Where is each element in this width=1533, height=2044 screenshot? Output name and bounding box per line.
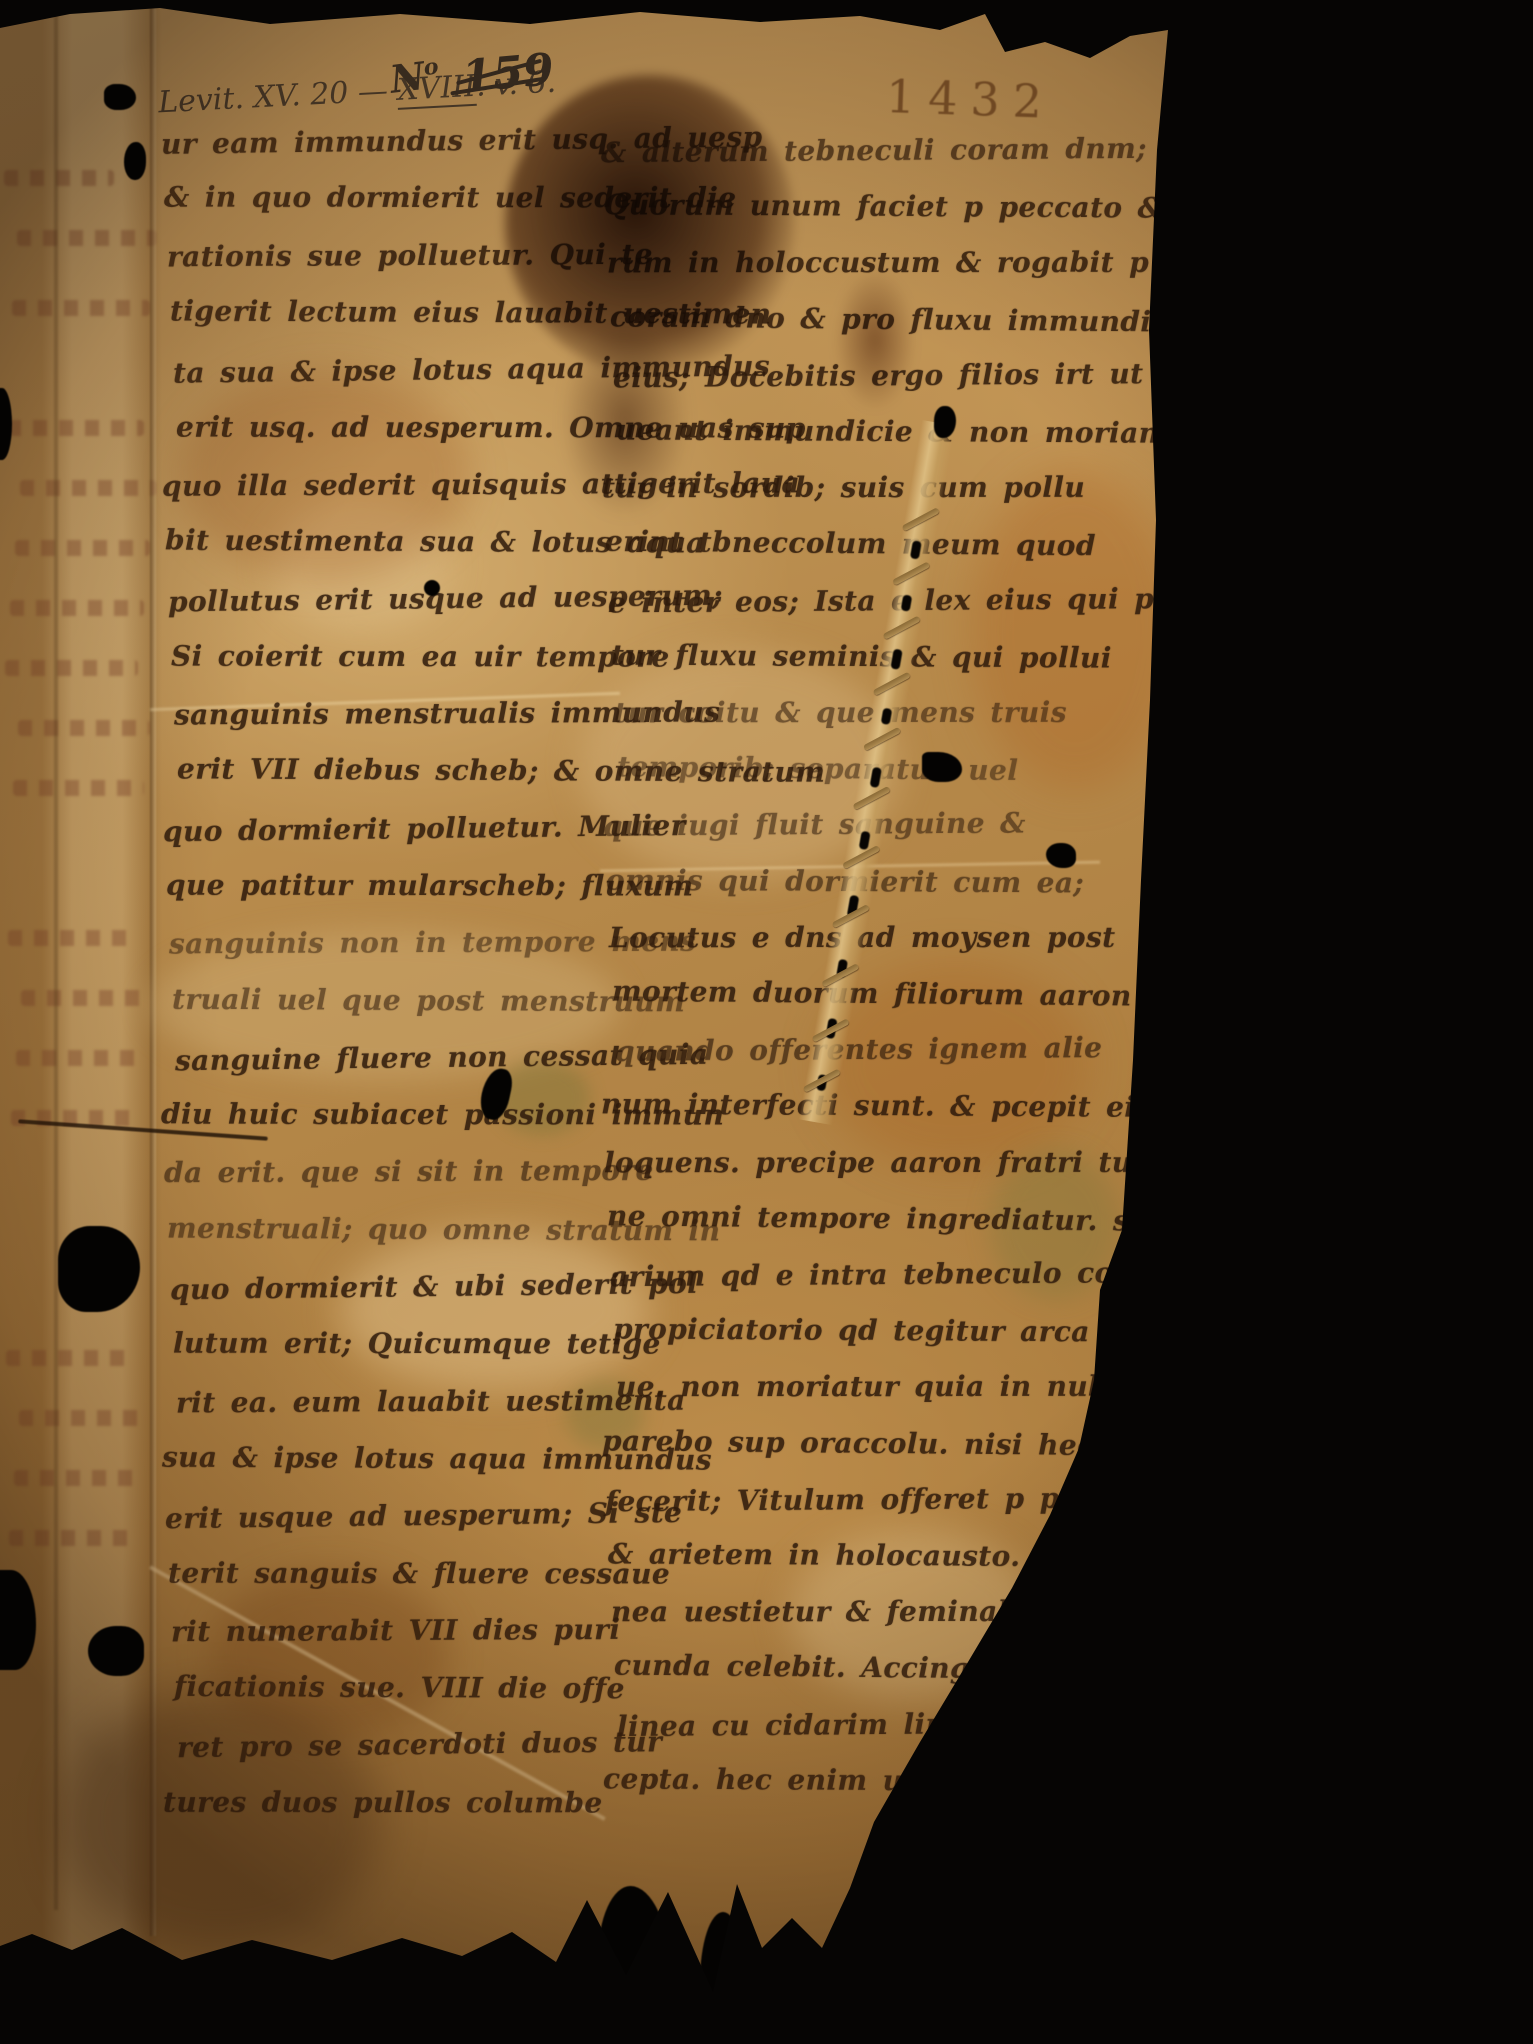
manuscript-line: num interfecti sunt. & pcepit ei xyxy=(601,1090,1136,1124)
edge-tear xyxy=(598,1886,670,2044)
struck-number: 159 xyxy=(460,48,555,100)
parchment-leaf: Levit. XV. 20 — XVIII. v. 6. No 159 1432… xyxy=(0,0,1533,2044)
manuscript-line: mortem duorum filiorum aaron xyxy=(612,977,1132,1013)
fold-line xyxy=(150,6,156,1936)
hole xyxy=(124,142,146,180)
catalog-letter: N xyxy=(387,53,427,102)
margin-text-remnant xyxy=(10,600,144,616)
margin-text-remnant xyxy=(6,1350,132,1366)
manuscript-line: linea cu cidarim lineam impone xyxy=(617,1708,1148,1743)
manuscript-line: ficationis sue. VIII die offe xyxy=(174,1672,625,1705)
manuscript-line: ueant immundicie & non morian xyxy=(616,415,1160,449)
margin-text-remnant xyxy=(8,930,138,946)
manuscript-line: tures duos pullos columbe xyxy=(163,1787,603,1819)
parchment-texture xyxy=(340,1230,650,1390)
manuscript-line: parebo sup oraccolu. nisi hec ante xyxy=(602,1426,1181,1462)
manuscript-line: & arietem in holocausto. tonica li xyxy=(608,1539,1173,1573)
repair-thread xyxy=(873,672,911,696)
catalog-no-annotation: No xyxy=(388,55,442,99)
seam-slit xyxy=(890,649,902,670)
margin-text-remnant xyxy=(16,1050,144,1066)
manuscript-line: quando offerentes ignem alie xyxy=(615,1033,1103,1068)
margin-text-remnant xyxy=(5,660,138,676)
manuscript-line: erint tbneccolum meum quod xyxy=(605,527,1096,563)
manuscript-line: nea uestietur & feminale lib; uere xyxy=(611,1597,1182,1628)
manuscript-line: Si coierit cum ea uir tempore xyxy=(171,641,670,673)
fold-line xyxy=(54,10,58,1910)
manuscript-line: que iugi fluit sanguine & xyxy=(603,809,1026,843)
repair-thread xyxy=(883,616,921,640)
manuscript-line: ret pro se sacerdoti duos tur xyxy=(177,1727,663,1764)
repair-thread xyxy=(892,561,930,585)
hole xyxy=(88,1626,144,1676)
hole xyxy=(104,84,136,110)
manuscript-line: arium qd e intra tebneculo coram xyxy=(610,1258,1178,1293)
margin-text-remnant xyxy=(13,780,144,796)
hole xyxy=(424,580,440,596)
manuscript-line: tur fluxu seminis & qui pollui xyxy=(611,640,1112,674)
seam-slit xyxy=(859,831,871,850)
hole xyxy=(1046,843,1076,868)
margin-text-remnant xyxy=(7,420,144,436)
manuscript-line: rit numerabit VII dies puri xyxy=(171,1615,621,1648)
margin-text-remnant xyxy=(19,1410,144,1426)
repair-thread xyxy=(863,727,901,751)
manuscript-line: loquens. precipe aaron fratri tuo xyxy=(604,1147,1152,1178)
manuscript-line: propiciatorio qd tegitur arca am xyxy=(613,1315,1154,1349)
manuscript-line: ne omni tempore ingrediatur. scu xyxy=(607,1201,1168,1237)
manuscript-line: tur coitu & que mens truis xyxy=(614,698,1067,729)
margin-text-remnant xyxy=(12,300,150,316)
manuscript-line: lutum erit; Quicumque tetige xyxy=(173,1329,661,1361)
burn-stain-spot xyxy=(835,270,915,410)
catalog-superscript: o xyxy=(422,53,440,81)
manuscript-line: terit sanguis & fluere cessaue xyxy=(168,1558,670,1590)
manuscript-line: rit ea. eum lauabit uestimenta xyxy=(176,1385,686,1418)
margin-text-remnant xyxy=(9,1530,132,1546)
reference-prefix: Levit. XV. 20 — xyxy=(157,73,398,120)
margin-text-remnant xyxy=(20,480,156,496)
manuscript-line: cepta. hec enim uestimenta sancta xyxy=(603,1764,1183,1798)
rust-patch xyxy=(970,470,1180,790)
margin-text-remnant xyxy=(21,990,150,1006)
shelfmark-number: 1432 xyxy=(885,73,1056,125)
margin-text-remnant xyxy=(15,540,150,556)
seam-slit xyxy=(901,594,913,611)
edge-tear xyxy=(700,1912,746,2044)
seam-slit xyxy=(910,540,922,559)
seam-slit xyxy=(870,767,882,788)
manuscript-line: da erit. que si sit in tempore xyxy=(164,1156,654,1189)
manuscript-line: fecerit; Vitulum offeret p peccato xyxy=(605,1483,1164,1518)
margin-text-remnant xyxy=(14,1470,138,1486)
margin-text-remnant xyxy=(4,170,114,186)
repair-thread xyxy=(853,786,891,810)
margin-text-remnant xyxy=(17,230,156,246)
manuscript-line: ue. non moriatur quia in nube xyxy=(616,1372,1126,1403)
manuscript-photograph: Levit. XV. 20 — XVIII. v. 6. No 159 1432… xyxy=(0,0,1533,2044)
seam-slit xyxy=(881,708,893,725)
manuscript-line: cunda celebit. Accingetur zona xyxy=(614,1651,1128,1687)
margin-text-remnant xyxy=(18,720,150,736)
burn-stain-tail xyxy=(560,320,690,520)
manuscript-line: truali uel que post menstruum xyxy=(172,984,685,1017)
repair-thread xyxy=(902,507,940,531)
